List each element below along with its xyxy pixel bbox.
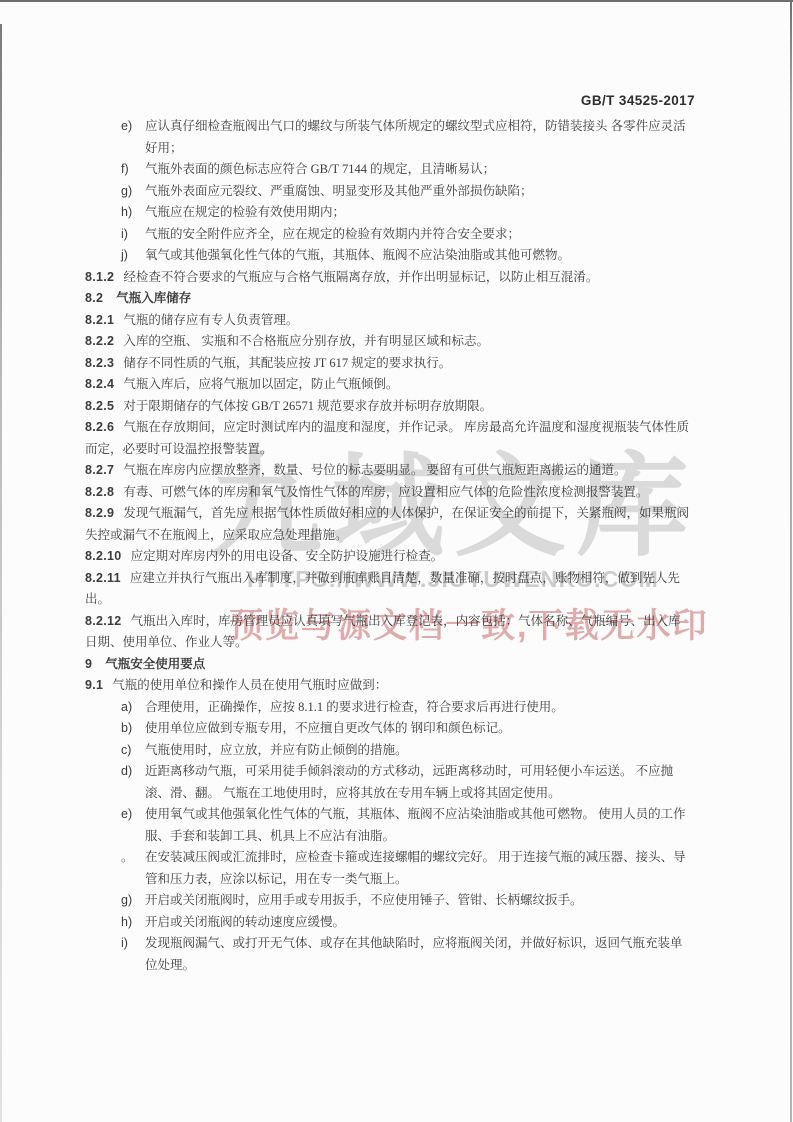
document-body: e) 应认真仔细检查瓶阀出气口的螺纹与所装气体所规定的螺纹型式应相符，防错装接头… [85,116,692,976]
clause-8-2-4: 8.2.4气瓶入库后，应将气瓶加以固定，防止气瓶倾倒。 [85,374,692,396]
clause-text: 气瓶出入库时，库房管理员应认真填写气瓶出入库登记表，内容包括：气体名称、气瓶编号… [85,614,681,650]
list-item-label: h) [121,202,132,224]
clause-text: 入库的空瓶、 实瓶和不合格瓶应分别存放，并有明显区域和标志。 [123,334,489,348]
list-item: e) 使用氧气或其他强氧化性气体的气瓶，其瓶体、瓶阀不应沾染油脂或其他可燃物。 … [85,804,692,847]
list-item-label: g) [121,890,132,912]
clause-8-2-3: 8.2.3储存不同性质的气瓶，其配装应按 JT 617 规定的要求执行。 [85,353,692,375]
clause-8-2-1: 8.2.1气瓶的储存应有专人负责管理。 [85,310,692,332]
clause-text: 经检查不符合要求的气瓶应与合格气瓶隔离存放，并作出明显标记，以防止相互混淆。 [123,270,598,284]
list-item-text: 开启或关闭瓶阀的转动速度应缓慢。 [145,915,345,929]
clause-text: 有毒、可燃气体的库房和氧气及惰性气体的库房，应设置相应气体的危险性浓度检测报警装… [123,485,648,499]
list-item-text: 开启或关闭瓶阀时，应用手或专用扳手，不应使用锤子、管钳、长柄螺纹扳手。 [145,893,583,907]
clause-number: 9.1 [85,678,103,692]
list-item-text: 气瓶外表面应元裂纹、严重腐蚀、明显变形及其他严重外部损伤缺陷； [145,184,533,198]
clause-number: 8.2.10 [85,549,122,563]
list-item-text: 氧气或其他强氧化性气体的气瓶，其瓶体、瓶阀不应沾染油脂或其他可燃物。 [145,248,570,262]
clause-text: 应建立并执行气瓶出入库制度，并做到瓶库账目清楚，数量准确，按时盘点，账物相符，做… [85,571,680,607]
clause-8-2-9: 8.2.9发现气瓶漏气，首先应 根据气体性质做好相应的人体保护，在保证安全的前提… [85,503,692,546]
clause-8-2-5: 8.2.5对于限期储存的气体按 GB/T 26571 规范要求存放并标明存放期限… [85,396,692,418]
list-item-text: 在安装减压阀或汇流排时，应检查卡箍或连接螺帽的螺纹完好。 用于连接气瓶的减压器、… [145,850,686,886]
list-item-label: i) [121,933,128,955]
list-item: g) 气瓶外表面应元裂纹、严重腐蚀、明显变形及其他严重外部损伤缺陷； [85,181,692,203]
clause-8-2-7: 8.2.7气瓶在库房内应摆放整齐，数量、号位的标志要明显。 要留有可供气瓶短距离… [85,460,692,482]
list-item-text: 使用氧气或其他强氧化性气体的气瓶，其瓶体、瓶阀不应沾染油脂或其他可燃物。 使用人… [145,807,686,843]
list-item-text: 发现瓶阀漏气、或打开无气体、或存在其他缺陷时，应将瓶阀关闭，并做好标识，返回气瓶… [145,936,683,972]
list-item: b) 使用单位应做到专瓶专用，不应擅自更改气体的 钢印和颜色标记。 [85,718,692,740]
clause-number: 8.2.4 [85,377,114,391]
clause-number: 8.2.6 [85,420,114,434]
list-item-label: h) [121,912,132,934]
clause-text: 气瓶在库房内应摆放整齐，数量、号位的标志要明显。 要留有可供气瓶短距离搬运的通道… [123,463,626,477]
list-item-label: e) [121,804,132,826]
list-item-label: j) [121,245,128,267]
list-item-label: a) [121,697,132,719]
list-item-label: f) [121,159,129,181]
clause-number: 8.2.11 [85,571,121,585]
list-item-text: 合理使用，正确操作，应按 8.1.1 的要求进行检查，符合要求后再进行使用。 [145,700,564,714]
scanned-document-page: 九域文库 HTTPS://WWW.JIUYUWENKU.COM 预览与源文档一致… [0,0,793,1122]
list-item-text: 气瓶外表面的颜色标志应符合 GB/T 7144 的规定，且清晰易认； [145,162,495,176]
list-item: f) 气瓶外表面的颜色标志应符合 GB/T 7144 的规定，且清晰易认； [85,159,692,181]
list-item: a) 合理使用，正确操作，应按 8.1.1 的要求进行检查，符合要求后再进行使用… [85,697,692,719]
list-item: j) 氧气或其他强氧化性气体的气瓶，其瓶体、瓶阀不应沾染油脂或其他可燃物。 [85,245,692,267]
clause-number: 8.2.9 [85,506,114,520]
clause-number: 8.2.5 [85,399,114,413]
list-item-text: 气瓶使用时，应立放，并应有防止倾倒的措施。 [145,743,408,757]
clause-8-2-10: 8.2.10应定期对库房内外的用电设备、安全防护设施进行检查。 [85,546,692,568]
section-heading-9: 9气瓶安全使用要点 [85,654,692,676]
list-item-label: g) [121,181,132,203]
clause-8-2-12: 8.2.12气瓶出入库时，库房管理员应认真填写气瓶出入库登记表，内容包括：气体名… [85,611,692,654]
clause-text: 发现气瓶漏气，首先应 根据气体性质做好相应的人体保护，在保证安全的前提下，关紧瓶… [85,506,689,542]
list-item: i) 气瓶的安全附件应齐全，应在规定的检验有效期内并符合安全要求； [85,224,692,246]
clause-9-1: 9.1气瓶的使用单位和操作人员在使用气瓶时应做到： [85,675,692,697]
clause-text: 气瓶的使用单位和操作人员在使用气瓶时应做到： [112,678,387,692]
list-item-text: 近距离移动气瓶，可采用徒手倾斜滚动的方式移动，远距离移动时，可用轻便小车运送。 … [145,764,673,800]
scan-edge-right [790,0,792,1122]
list-item: h) 气瓶应在规定的检验有效使用期内； [85,202,692,224]
clause-number: 8.1.2 [85,270,114,284]
clause-number: 8.2.7 [85,463,114,477]
list-item: i) 发现瓶阀漏气、或打开无气体、或存在其他缺陷时，应将瓶阀关闭，并做好标识，返… [85,933,692,976]
heading-number: 8.2 [85,291,103,305]
list-item-label: i) [121,224,128,246]
list-item-text: 气瓶的安全附件应齐全，应在规定的检验有效期内并符合安全要求； [145,227,520,241]
clause-8-1-2: 8.1.2经检查不符合要求的气瓶应与合格气瓶隔离存放，并作出明显标记，以防止相互… [85,267,692,289]
clause-8-2-11: 8.2.11应建立并执行气瓶出入库制度，并做到瓶库账目清楚，数量准确，按时盘点，… [85,568,692,611]
list-item-text: 应认真仔细检查瓶阀出气口的螺纹与所装气体所规定的螺纹型式应相符，防错装接头 各零… [145,119,686,155]
clause-8-2-8: 8.2.8有毒、可燃气体的库房和氧气及惰性气体的库房，应设置相应气体的危险性浓度… [85,482,692,504]
list-item-label: b) [121,718,132,740]
standard-number-header: GB/T 34525-2017 [581,93,695,108]
clause-number: 8.2.3 [85,356,114,370]
scan-edge-left [0,24,2,1122]
heading-title: 气瓶安全使用要点 [105,657,205,671]
heading-title: 气瓶入库储存 [116,291,191,305]
list-item: 。 在安装减压阀或汇流排时，应检查卡箍或连接螺帽的螺纹完好。 用于连接气瓶的减压… [85,847,692,890]
list-item: c) 气瓶使用时，应立放，并应有防止倾倒的措施。 [85,740,692,762]
list-item-label: 。 [121,847,134,869]
clause-text: 气瓶的储存应有专人负责管理。 [123,313,298,327]
clause-number: 8.2.12 [85,614,122,628]
scan-edge-top [0,0,793,2]
clause-text: 气瓶入库后，应将气瓶加以固定，防止气瓶倾倒。 [123,377,398,391]
clause-text: 储存不同性质的气瓶，其配装应按 JT 617 规定的要求执行。 [123,356,451,370]
list-item-text: 使用单位应做到专瓶专用，不应擅自更改气体的 钢印和颜色标记。 [145,721,511,735]
list-item: e) 应认真仔细检查瓶阀出气口的螺纹与所装气体所规定的螺纹型式应相符，防错装接头… [85,116,692,159]
clause-number: 8.2.2 [85,334,114,348]
list-item: g) 开启或关闭瓶阀时，应用手或专用扳手，不应使用锤子、管钳、长柄螺纹扳手。 [85,890,692,912]
clause-text: 对于限期储存的气体按 GB/T 26571 规范要求存放并标明存放期限。 [123,399,492,413]
section-heading-8-2: 8.2气瓶入库储存 [85,288,692,310]
clause-text: 气瓶在存放期间，应定时测试库内的温度和湿度，并作记录。 库房最高允许温度和湿度视… [85,420,689,456]
list-item: h) 开启或关闭瓶阀的转动速度应缓慢。 [85,912,692,934]
clause-8-2-2: 8.2.2入库的空瓶、 实瓶和不合格瓶应分别存放，并有明显区域和标志。 [85,331,692,353]
list-item-label: c) [121,740,131,762]
clause-number: 8.2.8 [85,485,114,499]
list-item-text: 气瓶应在规定的检验有效使用期内； [145,205,345,219]
list-item: d) 近距离移动气瓶，可采用徒手倾斜滚动的方式移动，远距离移动时，可用轻便小车运… [85,761,692,804]
list-item-label: e) [121,116,132,138]
clause-8-2-6: 8.2.6气瓶在存放期间，应定时测试库内的温度和湿度，并作记录。 库房最高允许温… [85,417,692,460]
clause-number: 8.2.1 [85,313,114,327]
heading-number: 9 [85,657,92,671]
clause-text: 应定期对库房内外的用电设备、安全防护设施进行检查。 [131,549,444,563]
list-item-label: d) [121,761,132,783]
